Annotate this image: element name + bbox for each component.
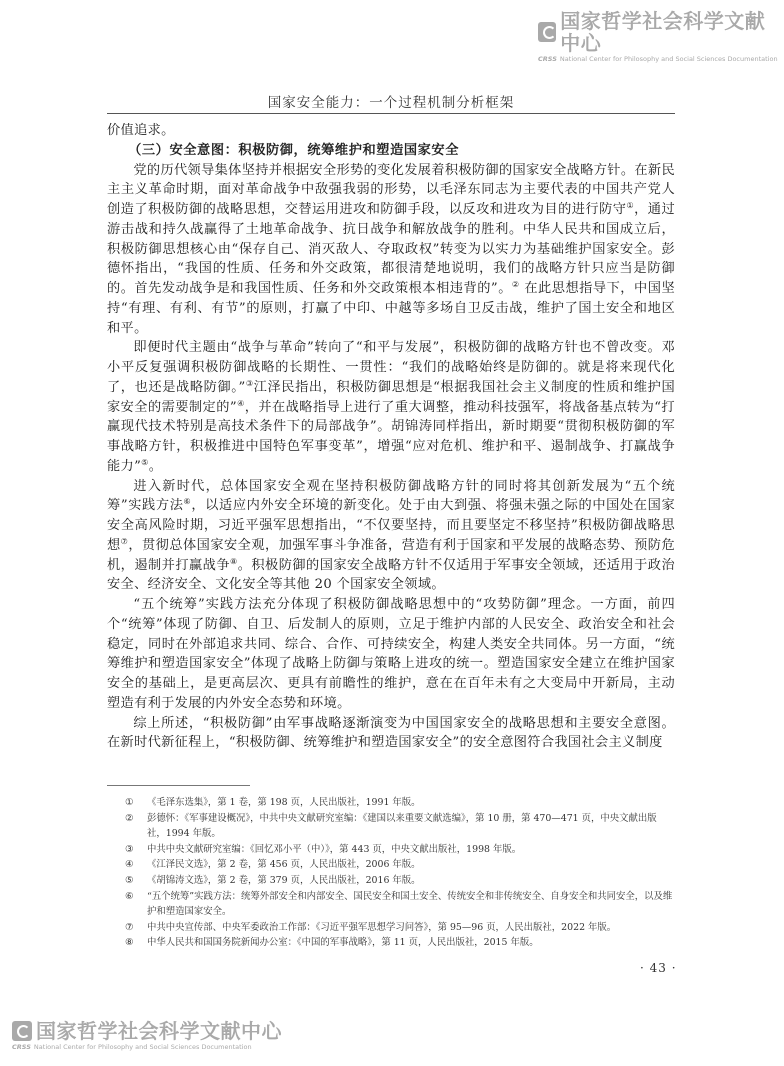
body-paragraph: 党的历代领导集体坚持并根据安全形势的变化发展着积极防御的国家安全战略方针。在新民… bbox=[107, 161, 675, 339]
footnote-number: ① bbox=[125, 795, 147, 811]
paragraph-text: 。 bbox=[149, 459, 163, 474]
footnote-number: ③ bbox=[125, 842, 147, 858]
ncpssd-logo-icon bbox=[12, 1021, 32, 1041]
footnote-ref[interactable]: ① bbox=[626, 201, 634, 210]
body-paragraph: “五个统筹”实践方法充分体现了积极防御战略思想中的“攻势防御”理念。一方面，前四… bbox=[107, 595, 675, 714]
footnote-item: ⑦中共中央宣传部、中央军委政治工作部：《习近平强军思想学习问答》，第 95—96… bbox=[125, 920, 675, 936]
footnote-text: 中华人民共和国国务院新闻办公室：《中国的军事战略》，第 11 页，人民出版社，2… bbox=[147, 935, 675, 951]
footnote-number: ⑤ bbox=[125, 873, 147, 889]
footnote-number: ⑦ bbox=[125, 920, 147, 936]
footnote-ref[interactable]: ③ bbox=[246, 379, 254, 388]
ncpssd-logo-icon bbox=[538, 22, 556, 42]
footnote-ref[interactable]: ⑧ bbox=[230, 557, 238, 566]
paragraphs: 党的历代领导集体坚持并根据安全形势的变化发展着积极防御的国家安全战略方针。在新民… bbox=[107, 161, 675, 754]
footnote-item: ②彭德怀：《军事建设概况》，中共中央文献研究室编：《建国以来重要文献选编》，第 … bbox=[125, 811, 675, 842]
footnote-ref[interactable]: ④ bbox=[237, 399, 245, 408]
watermark-logo-top: 国家哲学社会科学文献中心 CRSSNational Center for Phi… bbox=[538, 10, 784, 63]
watermark-en-text: CRSSNational Center for Philosophy and S… bbox=[12, 1043, 282, 1051]
footnote-number: ② bbox=[125, 811, 147, 842]
footnote-text: 《胡锦涛文选》，第 2 卷，第 379 页，人民出版社，2016 年版。 bbox=[147, 873, 675, 889]
footnote-number: ④ bbox=[125, 857, 147, 873]
lead-line: 价值追求。 bbox=[107, 121, 675, 141]
footnote-text: 《江泽民文选》，第 2 卷，第 456 页，人民出版社，2006 年版。 bbox=[147, 857, 675, 873]
section-heading: （三）安全意图：积极防御，统筹维护和塑造国家安全 bbox=[107, 141, 675, 161]
footnote-item: ③中共中央文献研究室编：《回忆邓小平（中）》，第 443 页，中央文献出版社，1… bbox=[125, 842, 675, 858]
body-text: 价值追求。 （三）安全意图：积极防御，统筹维护和塑造国家安全 党的历代领导集体坚… bbox=[107, 121, 675, 753]
footnote-item: ④《江泽民文选》，第 2 卷，第 456 页，人民出版社，2006 年版。 bbox=[125, 857, 675, 873]
footnote-text: “五个统筹”实践方法：统筹外部安全和内部安全、国民安全和国土安全、传统安全和非传… bbox=[147, 889, 675, 920]
footnote-item: ⑤《胡锦涛文选》，第 2 卷，第 379 页，人民出版社，2016 年版。 bbox=[125, 873, 675, 889]
footnote-number: ⑧ bbox=[125, 935, 147, 951]
footnote-item: ⑧中华人民共和国国务院新闻办公室：《中国的军事战略》，第 11 页，人民出版社，… bbox=[125, 935, 675, 951]
footnote-text: 《毛泽东选集》，第 1 卷，第 198 页，人民出版社，1991 年版。 bbox=[147, 795, 675, 811]
paragraph-text: 综上所述，“积极防御”由军事战略逐渐演变为中国国家安全的战略思想和主要安全意图。… bbox=[107, 716, 675, 751]
footnote-ref[interactable]: ⑤ bbox=[141, 458, 149, 467]
footnote-text: 中共中央宣传部、中央军委政治工作部：《习近平强军思想学习问答》，第 95—96 … bbox=[147, 920, 675, 936]
footnotes: ①《毛泽东选集》，第 1 卷，第 198 页，人民出版社，1991 年版。②彭德… bbox=[125, 795, 675, 951]
footnote-number: ⑥ bbox=[125, 889, 147, 920]
paragraph-text: “五个统筹”实践方法充分体现了积极防御战略思想中的“攻势防御”理念。一方面，前四… bbox=[107, 597, 675, 711]
footnote-text: 中共中央文献研究室编：《回忆邓小平（中）》，第 443 页，中央文献出版社，19… bbox=[147, 842, 675, 858]
paragraph-text: 党的历代领导集体坚持并根据安全形势的变化发展着积极防御的国家安全战略方针。在新民… bbox=[107, 163, 675, 218]
running-head: 国家安全能力：一个过程机制分析框架 bbox=[107, 91, 675, 111]
page-number: · 43 · bbox=[640, 961, 677, 975]
watermark-en-text: CRSSNational Center for Philosophy and S… bbox=[538, 55, 784, 63]
watermark-cn-text: 国家哲学社会科学文献中心 bbox=[560, 10, 784, 54]
footnote-ref[interactable]: ② bbox=[512, 280, 520, 289]
body-paragraph: 综上所述，“积极防御”由军事战略逐渐演变为中国国家安全的战略思想和主要安全意图。… bbox=[107, 714, 675, 754]
footnote-text: 彭德怀：《军事建设概况》，中共中央文献研究室编：《建国以来重要文献选编》，第 1… bbox=[147, 811, 675, 842]
watermark-logo-bottom: 国家哲学社会科学文献中心 CRSSNational Center for Phi… bbox=[12, 1020, 282, 1051]
body-paragraph: 即便时代主题由“战争与革命”转向了“和平与发展”，积极防御的战略方针也不曾改变。… bbox=[107, 338, 675, 476]
watermark-cn-text: 国家哲学社会科学文献中心 bbox=[36, 1020, 282, 1042]
header-rule bbox=[107, 113, 675, 114]
footnote-item: ⑥“五个统筹”实践方法：统筹外部安全和内部安全、国民安全和国土安全、传统安全和非… bbox=[125, 889, 675, 920]
body-paragraph: 进入新时代，总体国家安全观在坚持积极防御战略方针的同时将其创新发展为“五个统筹”… bbox=[107, 477, 675, 596]
footnote-rule bbox=[107, 785, 250, 786]
footnote-item: ①《毛泽东选集》，第 1 卷，第 198 页，人民出版社，1991 年版。 bbox=[125, 795, 675, 811]
